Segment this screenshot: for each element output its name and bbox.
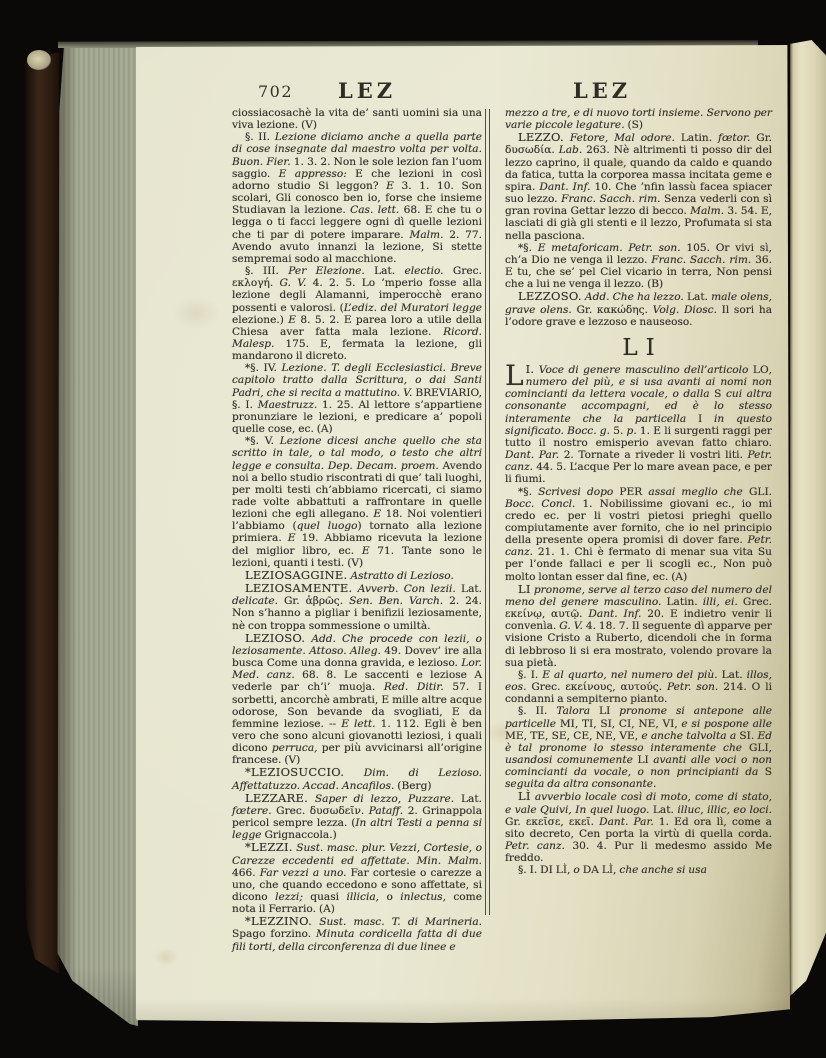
- subsection-i-quarto: §. I. E al quarto, nel numero del più. L…: [505, 669, 772, 705]
- entry-leziosamente: LEZIOSAMENTE. Avverb. Con lezii. Lat. de…: [232, 582, 482, 632]
- left-column: ciossiacosachè la vita de’ santi uomini …: [232, 107, 482, 953]
- entry-lezzare: LEZZARE. Saper di lezzo, Puzzare. Lat. f…: [232, 792, 482, 842]
- entry-lezzino: *LEZZINO. Sust. masc. T. di Marineria. S…: [232, 915, 482, 952]
- column-divider-rule: [485, 109, 490, 915]
- continuation-paragraph: mezzo a tre, e di nuovo torti insieme. S…: [505, 107, 772, 131]
- book-spine: [25, 52, 59, 974]
- running-head-right: LEZ: [573, 78, 631, 103]
- subsection-metaforicam: *§. E metaforicam. Petr. son. 105. Or vi…: [505, 242, 772, 291]
- subsection-scrivesi: *§. Scrivesi dopo PER assai meglio che G…: [505, 486, 772, 583]
- subsection-di-li: §. I. DI LÌ, o DA LÌ, che anche si usa: [505, 864, 772, 876]
- entry-lezzoso: LEZZOSO. Add. Che ha lezzo. Lat. male ol…: [505, 290, 772, 327]
- section-heading-li: LI: [505, 342, 772, 354]
- page-edges-texture: [56, 43, 138, 1026]
- entry-lezzi: *LEZZI. Sust. masc. plur. Vezzi, Cortesi…: [232, 841, 482, 915]
- drop-cap: L: [505, 364, 524, 387]
- entry-leziosuccio: *LEZIOSUCCIO. Dim. di Lezioso. Affettatu…: [232, 766, 482, 791]
- worn-spine-corner: [27, 50, 51, 70]
- subsection-ii-talora: §. II. Talora LI pronome si antepone all…: [505, 705, 772, 790]
- running-head-left: LEZ: [338, 78, 396, 103]
- book-photo: 702 LEZ LEZ ciossiacosachè la vita de’ s…: [0, 0, 826, 1058]
- entry-lezzo: LEZZO. Fetore, Mal odore. Latin. fœtor. …: [505, 131, 772, 241]
- book-page: 702 LEZ LEZ ciossiacosachè la vita de’ s…: [136, 45, 790, 1023]
- subsection-ii: §. II. Lezione diciamo anche a quella pa…: [232, 131, 482, 265]
- subsection-iii: §. III. Per Elezione. Lat. electio. Grec…: [232, 265, 482, 362]
- facing-page-edge: [790, 40, 826, 1000]
- entry-li-articolo: LI. Voce di genere masculino dell’artico…: [505, 363, 772, 486]
- subsection-v: *§. V. Lezione dicesi anche quello che s…: [232, 435, 482, 569]
- right-column: mezzo a tre, e di nuovo torti insieme. S…: [505, 107, 772, 877]
- entry-lezioso: LEZIOSO. Add. Che procede con lezii, o l…: [232, 632, 482, 767]
- subsection-iv: *§. IV. Lezione. T. degli Ecclesiastici.…: [232, 362, 482, 435]
- entry-li-pronome: LI pronome, serve al terzo caso del nume…: [505, 583, 772, 669]
- page-number: 702: [258, 82, 293, 101]
- continuation-paragraph: ciossiacosachè la vita de’ santi uomini …: [232, 107, 482, 131]
- entry-li-avverbio: LÌ avverbio locale così di moto, come di…: [505, 790, 772, 864]
